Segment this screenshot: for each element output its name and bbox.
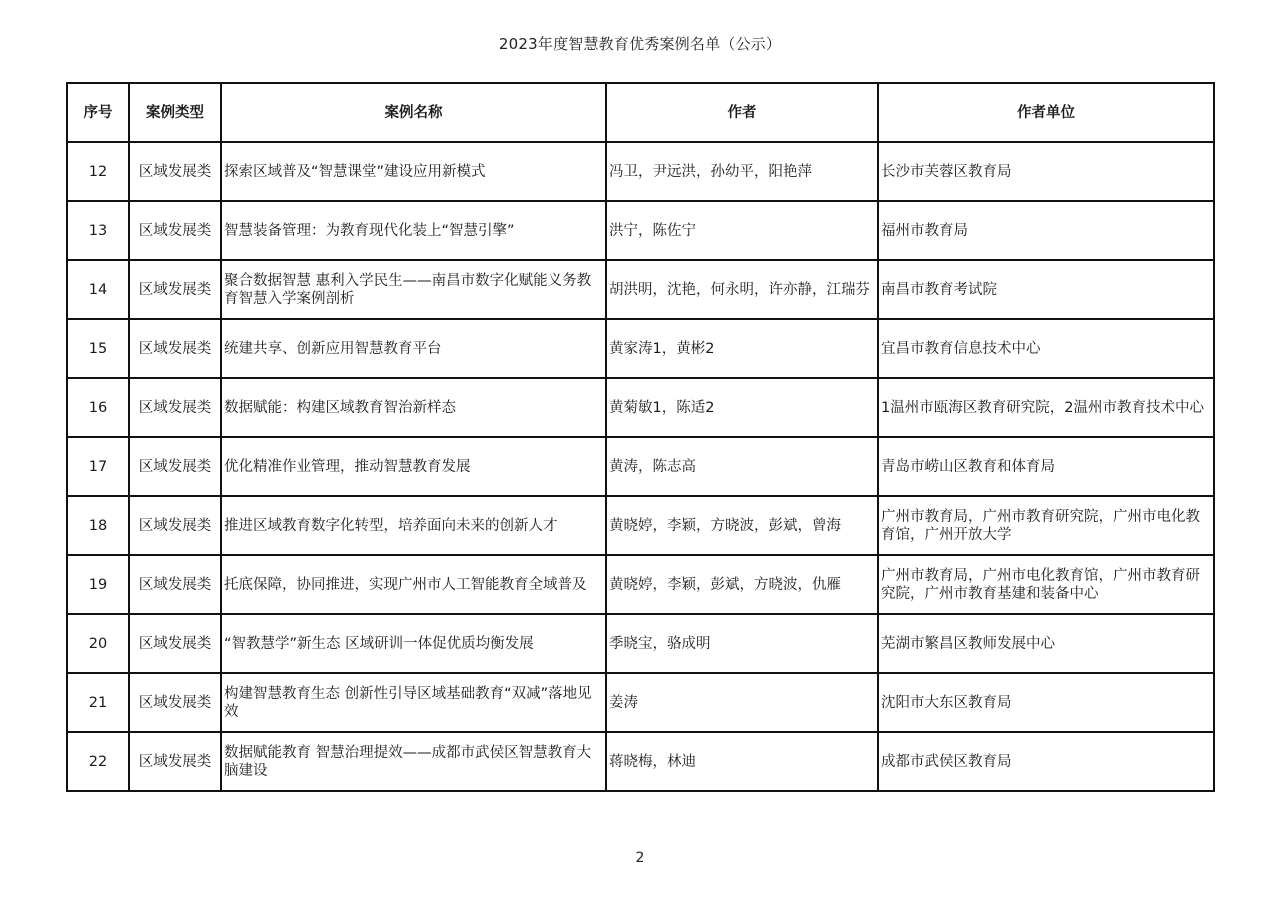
cell-unit: 广州市教育局，广州市教育研究院，广州市电化教育馆，广州开放大学 <box>878 496 1214 555</box>
table-row: 12 区域发展类 探索区域普及“智慧课堂”建设应用新模式 冯卫，尹远洪，孙幼平，… <box>67 142 1214 201</box>
cell-name: 数据赋能教育 智慧治理提效——成都市武侯区智慧教育大脑建设 <box>221 732 606 791</box>
table-row: 21 区域发展类 构建智慧教育生态 创新性引导区域基础教育“双减”落地见效 姜涛… <box>67 673 1214 732</box>
cell-authors: 蒋晓梅，林迪 <box>606 732 878 791</box>
cell-authors: 黄晓婷，李颖，方晓波，彭斌，曾海 <box>606 496 878 555</box>
cell-index: 22 <box>67 732 129 791</box>
cell-index: 18 <box>67 496 129 555</box>
header-index: 序号 <box>67 83 129 142</box>
cell-type: 区域发展类 <box>129 673 221 732</box>
cell-type: 区域发展类 <box>129 614 221 673</box>
cell-unit: 广州市教育局，广州市电化教育馆，广州市教育研究院，广州市教育基建和装备中心 <box>878 555 1214 614</box>
cell-index: 13 <box>67 201 129 260</box>
cell-name: 优化精准作业管理，推动智慧教育发展 <box>221 437 606 496</box>
cell-index: 17 <box>67 437 129 496</box>
cell-index: 19 <box>67 555 129 614</box>
cell-unit: 长沙市芙蓉区教育局 <box>878 142 1214 201</box>
cell-name: 聚合数据智慧 惠利入学民生——南昌市数字化赋能义务教育智慧入学案例剖析 <box>221 260 606 319</box>
cell-name: “智教慧学”新生态 区域研训一体促优质均衡发展 <box>221 614 606 673</box>
cell-unit: 南昌市教育考试院 <box>878 260 1214 319</box>
table-row: 19 区域发展类 托底保障，协同推进，实现广州市人工智能教育全域普及 黄晓婷，李… <box>67 555 1214 614</box>
table-row: 13 区域发展类 智慧装备管理：为教育现代化装上“智慧引擎” 洪宁，陈佐宁 福州… <box>67 201 1214 260</box>
cell-unit: 1温州市瓯海区教育研究院，2温州市教育技术中心 <box>878 378 1214 437</box>
cell-type: 区域发展类 <box>129 496 221 555</box>
cell-authors: 黄晓婷，李颖，彭斌，方晓波，仇雁 <box>606 555 878 614</box>
cell-type: 区域发展类 <box>129 319 221 378</box>
cell-type: 区域发展类 <box>129 201 221 260</box>
case-list-table-container: 序号 案例类型 案例名称 作者 作者单位 12 区域发展类 探索区域普及“智慧课… <box>66 82 1213 792</box>
table-header-row: 序号 案例类型 案例名称 作者 作者单位 <box>67 83 1214 142</box>
cell-authors: 洪宁，陈佐宁 <box>606 201 878 260</box>
cell-index: 14 <box>67 260 129 319</box>
cell-name: 托底保障，协同推进，实现广州市人工智能教育全域普及 <box>221 555 606 614</box>
table-row: 14 区域发展类 聚合数据智慧 惠利入学民生——南昌市数字化赋能义务教育智慧入学… <box>67 260 1214 319</box>
header-authors: 作者 <box>606 83 878 142</box>
cell-index: 20 <box>67 614 129 673</box>
table-row: 20 区域发展类 “智教慧学”新生态 区域研训一体促优质均衡发展 季晓宝，骆成明… <box>67 614 1214 673</box>
header-unit: 作者单位 <box>878 83 1214 142</box>
cell-authors: 冯卫，尹远洪，孙幼平，阳艳萍 <box>606 142 878 201</box>
cell-unit: 成都市武侯区教育局 <box>878 732 1214 791</box>
cell-unit: 福州市教育局 <box>878 201 1214 260</box>
cell-name: 统建共享、创新应用智慧教育平台 <box>221 319 606 378</box>
cell-authors: 季晓宝，骆成明 <box>606 614 878 673</box>
cell-name: 数据赋能：构建区域教育智治新样态 <box>221 378 606 437</box>
cell-index: 16 <box>67 378 129 437</box>
header-name: 案例名称 <box>221 83 606 142</box>
cell-authors: 黄涛，陈志高 <box>606 437 878 496</box>
cell-unit: 芜湖市繁昌区教师发展中心 <box>878 614 1214 673</box>
cell-index: 15 <box>67 319 129 378</box>
cell-authors: 姜涛 <box>606 673 878 732</box>
table-row: 16 区域发展类 数据赋能：构建区域教育智治新样态 黄菊敏1，陈适2 1温州市瓯… <box>67 378 1214 437</box>
cell-type: 区域发展类 <box>129 378 221 437</box>
cell-authors: 胡洪明，沈艳，何永明，许亦静，江瑞芬 <box>606 260 878 319</box>
cell-type: 区域发展类 <box>129 437 221 496</box>
cell-name: 构建智慧教育生态 创新性引导区域基础教育“双减”落地见效 <box>221 673 606 732</box>
header-type: 案例类型 <box>129 83 221 142</box>
cell-type: 区域发展类 <box>129 732 221 791</box>
table-row: 18 区域发展类 推进区域教育数字化转型，培养面向未来的创新人才 黄晓婷，李颖，… <box>67 496 1214 555</box>
cell-index: 12 <box>67 142 129 201</box>
table-row: 22 区域发展类 数据赋能教育 智慧治理提效——成都市武侯区智慧教育大脑建设 蒋… <box>67 732 1214 791</box>
cell-index: 21 <box>67 673 129 732</box>
case-list-table: 序号 案例类型 案例名称 作者 作者单位 12 区域发展类 探索区域普及“智慧课… <box>66 82 1215 792</box>
cell-authors: 黄菊敏1，陈适2 <box>606 378 878 437</box>
cell-type: 区域发展类 <box>129 142 221 201</box>
table-row: 15 区域发展类 统建共享、创新应用智慧教育平台 黄家涛1，黄彬2 宜昌市教育信… <box>67 319 1214 378</box>
cell-unit: 青岛市崂山区教育和体育局 <box>878 437 1214 496</box>
cell-name: 智慧装备管理：为教育现代化装上“智慧引擎” <box>221 201 606 260</box>
cell-name: 探索区域普及“智慧课堂”建设应用新模式 <box>221 142 606 201</box>
cell-authors: 黄家涛1，黄彬2 <box>606 319 878 378</box>
cell-type: 区域发展类 <box>129 555 221 614</box>
cell-name: 推进区域教育数字化转型，培养面向未来的创新人才 <box>221 496 606 555</box>
cell-unit: 沈阳市大东区教育局 <box>878 673 1214 732</box>
document-title: 2023年度智慧教育优秀案例名单（公示） <box>0 33 1280 54</box>
cell-type: 区域发展类 <box>129 260 221 319</box>
page-number: 2 <box>0 850 1280 866</box>
table-row: 17 区域发展类 优化精准作业管理，推动智慧教育发展 黄涛，陈志高 青岛市崂山区… <box>67 437 1214 496</box>
cell-unit: 宜昌市教育信息技术中心 <box>878 319 1214 378</box>
